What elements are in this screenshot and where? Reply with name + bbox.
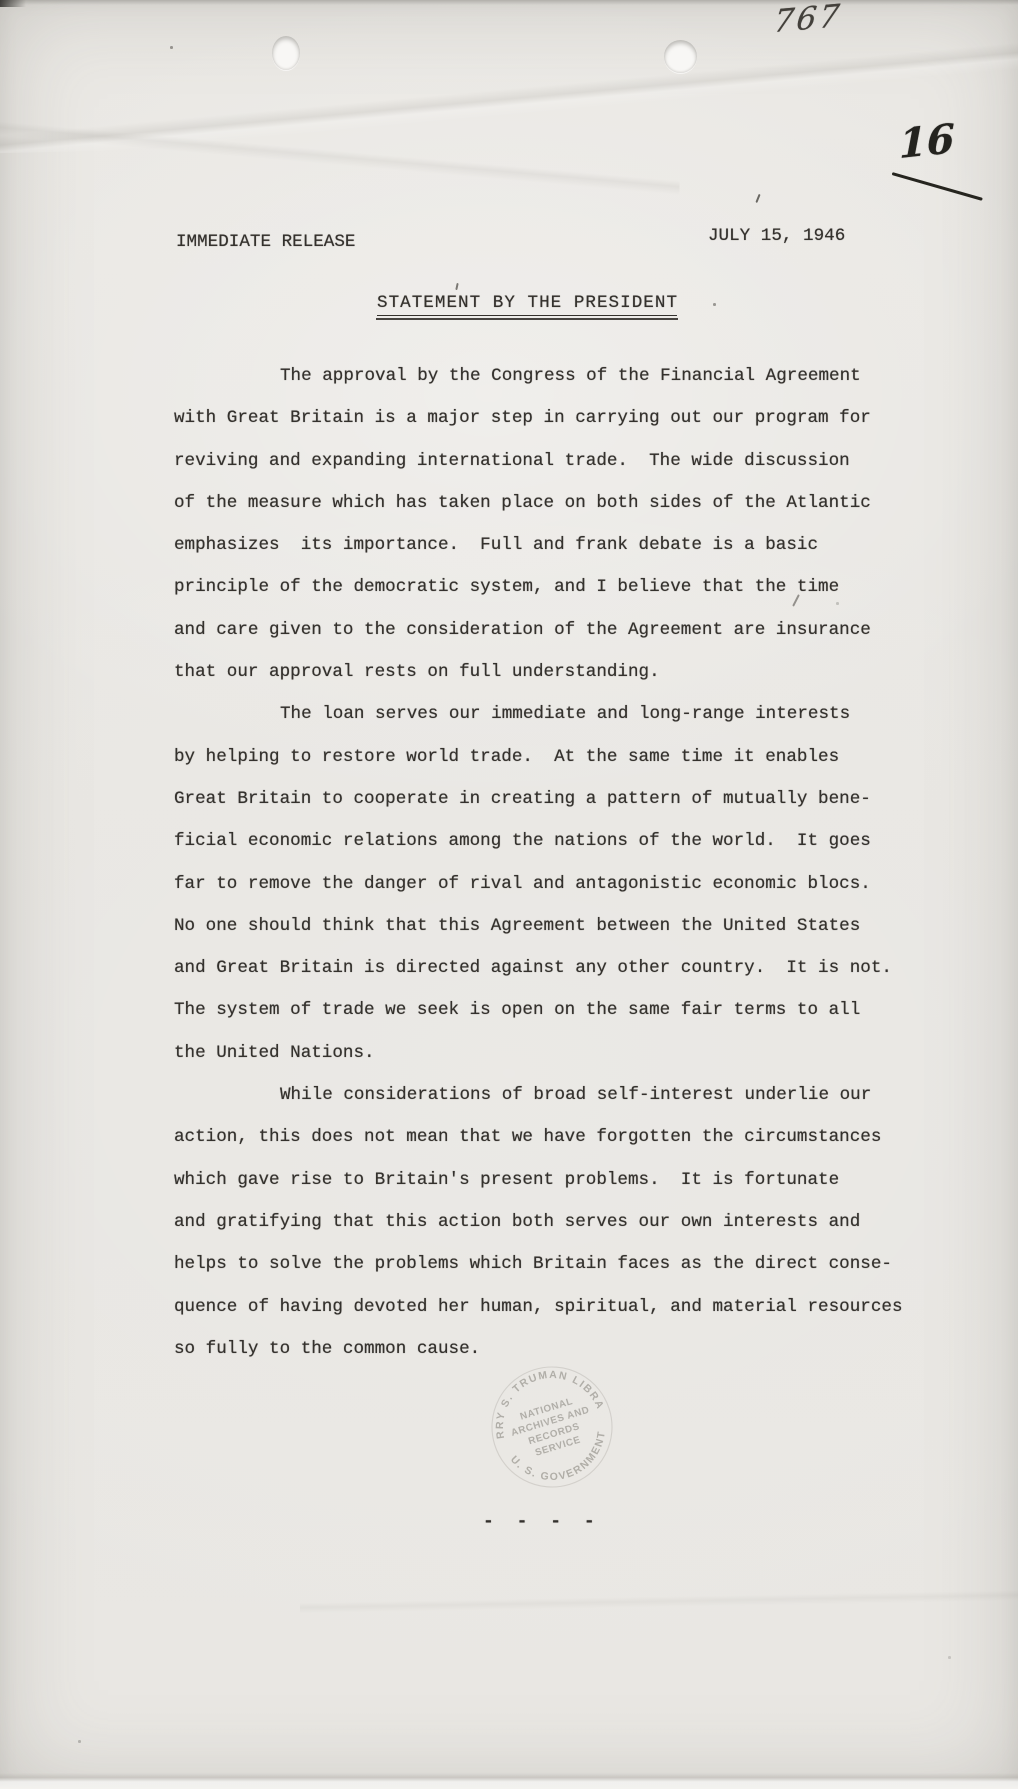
body-line: emphasizes its importance. Full and fran…	[174, 524, 914, 566]
body-line: No one should think that this Agreement …	[174, 905, 914, 947]
body-line: with Great Britain is a major step in ca…	[174, 397, 914, 439]
paper-speck	[170, 46, 173, 49]
handwritten-index-number: 16	[899, 115, 954, 168]
body-line: reviving and expanding international tra…	[174, 440, 914, 482]
archives-stamp: HARRY S. TRUMAN LIBRARY U. S. GOVERNMENT…	[473, 1348, 630, 1505]
paper-speck	[78, 1740, 81, 1743]
document-title: STATEMENT BY THE PRESIDENT	[377, 293, 678, 313]
body-line: of the measure which has taken place on …	[174, 482, 914, 524]
body-line: and care given to the consideration of t…	[174, 609, 914, 651]
body-line: quence of having devoted her human, spir…	[174, 1286, 914, 1328]
paper-speck	[948, 1656, 951, 1659]
paragraph-2: The loan serves our immediate and long-r…	[174, 693, 914, 1074]
hole-punch-left	[272, 36, 300, 70]
paper-top-corner-shadow	[0, 0, 26, 7]
body-line: The approval by the Congress of the Fina…	[174, 355, 914, 397]
scanned-document-page: 767 16 IMMEDIATE RELEASE JULY 15, 1946 S…	[0, 0, 1018, 1789]
paper-top-edge	[0, 0, 1018, 5]
end-separator-dashes: - - - -	[483, 1512, 595, 1532]
body-line: by helping to restore world trade. At th…	[174, 736, 914, 778]
paragraph-3: While considerations of broad self-inter…	[174, 1074, 914, 1370]
paragraph-1: The approval by the Congress of the Fina…	[174, 355, 914, 693]
body-line: that our approval rests on full understa…	[174, 651, 914, 693]
body-line: principle of the democratic system, and …	[174, 566, 914, 608]
stray-ink-mark	[455, 283, 458, 290]
archives-stamp-svg: HARRY S. TRUMAN LIBRARY U. S. GOVERNMENT…	[473, 1348, 630, 1505]
body-line: and gratifying that this action both ser…	[174, 1201, 914, 1243]
handwritten-page-number: 767	[772, 0, 844, 40]
paper-speck	[713, 303, 716, 306]
paper-crease	[0, 114, 681, 196]
paper-bottom-edge	[0, 1773, 1018, 1789]
release-label: IMMEDIATE RELEASE	[176, 232, 356, 252]
body-line: far to remove the danger of rival and an…	[174, 863, 914, 905]
document-date: JULY 15, 1946	[708, 226, 845, 246]
hole-punch-right	[664, 40, 697, 73]
stray-ink-mark	[755, 194, 761, 203]
body-line: and Great Britain is directed against an…	[174, 947, 914, 989]
body-line: which gave rise to Britain's present pro…	[174, 1159, 914, 1201]
paper-crease	[0, 40, 1018, 153]
paper-speck	[836, 602, 839, 605]
handwritten-underline-slash	[892, 172, 983, 201]
body-line: The system of trade we seek is open on t…	[174, 989, 914, 1031]
body-line: helps to solve the problems which Britai…	[174, 1243, 914, 1285]
body-line: ficial economic relations among the nati…	[174, 820, 914, 862]
body-line: Great Britain to cooperate in creating a…	[174, 778, 914, 820]
body-line: The loan serves our immediate and long-r…	[174, 693, 914, 735]
body-line: action, this does not mean that we have …	[174, 1116, 914, 1158]
body-text: The approval by the Congress of the Fina…	[174, 355, 914, 1370]
body-line: the United Nations.	[174, 1032, 914, 1074]
document-title-wrap: STATEMENT BY THE PRESIDENT	[377, 293, 678, 313]
body-line: While considerations of broad self-inter…	[174, 1074, 914, 1116]
paper-crease	[300, 1560, 1018, 1640]
